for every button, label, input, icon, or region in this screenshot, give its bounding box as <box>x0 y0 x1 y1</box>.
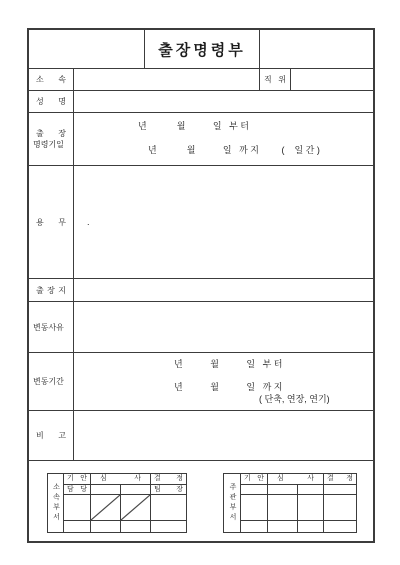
own-draft-subheader: 담 당 <box>64 485 91 495</box>
purpose-value-cell: . <box>74 166 373 278</box>
remarks-value-cell <box>74 411 373 460</box>
name-label: 성 명 <box>29 96 73 107</box>
change-reason-value-cell <box>74 302 373 352</box>
purpose-label: 용 무 <box>29 217 73 228</box>
change-reason-label-cell: 변동사유 <box>29 302 74 352</box>
own-review-stamp-cell-1 <box>91 495 121 521</box>
name-row: 성 명 <box>29 91 373 113</box>
change-period-note: ( 단축, 연장, 연기) <box>174 394 373 405</box>
title-row: 출장명령부 <box>29 30 373 69</box>
purpose-row: 용 무 . <box>29 166 373 279</box>
remarks-label-cell: 비 고 <box>29 411 74 460</box>
own-review-stamp-cell-2 <box>121 495 151 521</box>
change-reason-label: 변동사유 <box>29 322 73 333</box>
affiliation-row: 소 속 직 위 <box>29 69 373 91</box>
approval-table-own-department: 소속부서 기 안 심 사 결 정 담 당 팀 장 <box>47 473 187 533</box>
mgr-review-header: 심 사 <box>268 474 324 485</box>
own-bottom-cell-3 <box>121 521 151 532</box>
position-label: 직 위 <box>260 74 290 85</box>
purpose-label-cell: 용 무 <box>29 166 74 278</box>
own-bottom-cell-2 <box>91 521 121 532</box>
change-period-to-line: 년 월 일 까 지 <box>174 382 373 393</box>
destination-label-cell: 출 장 지 <box>29 279 74 301</box>
mgr-subcell-3 <box>298 485 324 495</box>
change-period-label: 변동기간 <box>29 376 73 387</box>
affiliation-label: 소 속 <box>29 74 73 85</box>
trip-order-form: 출장명령부 소 속 직 위 성 명 출 장 명령기일 년 월 일 부 터 <box>27 28 375 543</box>
mgr-stamp-cell-2 <box>268 495 298 521</box>
change-period-value-cell: 년 월 일 부 터 년 월 일 까 지 ( 단축, 연장, 연기) <box>74 353 373 410</box>
position-value-cell <box>291 69 373 90</box>
form-title: 출장명령부 <box>158 39 245 60</box>
trip-order-label-line2: 명령기일 <box>29 139 73 150</box>
own-decision-stamp-cell <box>151 495 186 521</box>
remarks-label: 비 고 <box>29 430 73 441</box>
diagonal-strike-icon <box>91 495 120 520</box>
mgr-stamp-cell-1 <box>241 495 268 521</box>
change-period-from-line: 년 월 일 부 터 <box>174 359 373 370</box>
name-value-cell <box>74 91 373 112</box>
position-label-cell: 직 위 <box>260 69 291 90</box>
mgr-bottom-cell-1 <box>241 521 268 532</box>
own-review-subcell-1 <box>91 485 121 495</box>
trip-order-label-cell: 출 장 명령기일 <box>29 113 74 165</box>
trip-period-from-line: 년 월 일 부 터 <box>138 121 373 132</box>
own-review-header: 심 사 <box>91 474 151 485</box>
trip-period-to-line: 년 월 일 까 지 ( 일 간 ) <box>138 145 373 156</box>
trip-order-period-row: 출 장 명령기일 년 월 일 부 터 년 월 일 까 지 ( 일 간 ) <box>29 113 373 166</box>
title-cell: 출장명령부 <box>145 30 260 68</box>
mgr-bottom-cell-3 <box>298 521 324 532</box>
destination-value-cell <box>74 279 373 301</box>
name-label-cell: 성 명 <box>29 91 74 112</box>
approval-section: 소속부서 기 안 심 사 결 정 담 당 팀 장 주관부서 기 안 <box>29 461 373 541</box>
own-bottom-cell-4 <box>151 521 186 532</box>
remarks-row: 비 고 <box>29 411 373 461</box>
approval-table-managing-department: 주관부서 기 안 심 사 결 정 <box>223 473 357 533</box>
purpose-value: . <box>87 217 90 228</box>
own-decision-subheader: 팀 장 <box>151 485 186 495</box>
change-reason-row: 변동사유 <box>29 302 373 353</box>
mgr-stamp-cell-4 <box>324 495 356 521</box>
own-review-subcell-2 <box>121 485 151 495</box>
mgr-subcell-1 <box>241 485 268 495</box>
affiliation-label-cell: 소 속 <box>29 69 74 90</box>
own-draft-header: 기 안 <box>64 474 91 485</box>
trip-order-period-cell: 년 월 일 부 터 년 월 일 까 지 ( 일 간 ) <box>74 113 373 165</box>
title-right-blank-cell <box>260 30 373 68</box>
change-period-row: 변동기간 년 월 일 부 터 년 월 일 까 지 ( 단축, 연장, 연기) <box>29 353 373 411</box>
affiliation-value-cell <box>74 69 260 90</box>
diagonal-strike-icon <box>121 495 150 520</box>
mgr-subcell-4 <box>324 485 356 495</box>
mgr-stamp-cell-3 <box>298 495 324 521</box>
destination-label: 출 장 지 <box>29 285 73 296</box>
mgr-bottom-cell-4 <box>324 521 356 532</box>
mgr-decision-header: 결 정 <box>324 474 356 485</box>
own-draft-stamp-cell <box>64 495 91 521</box>
managing-department-vertical-label: 주관부서 <box>224 474 241 532</box>
destination-row: 출 장 지 <box>29 279 373 302</box>
mgr-draft-header: 기 안 <box>241 474 268 485</box>
mgr-bottom-cell-2 <box>268 521 298 532</box>
mgr-subcell-2 <box>268 485 298 495</box>
own-bottom-cell-1 <box>64 521 91 532</box>
own-decision-header: 결 정 <box>151 474 186 485</box>
change-period-label-cell: 변동기간 <box>29 353 74 410</box>
trip-order-label-line1: 출 장 <box>29 128 73 139</box>
title-left-blank-cell <box>29 30 145 68</box>
own-department-vertical-label: 소속부서 <box>48 474 64 532</box>
